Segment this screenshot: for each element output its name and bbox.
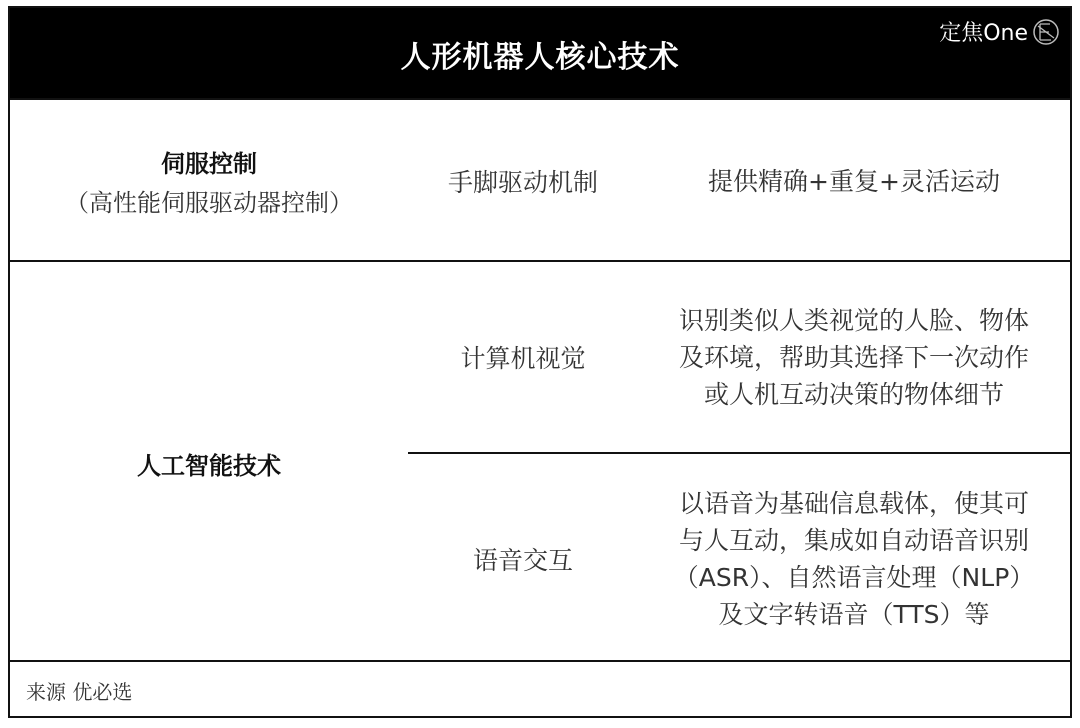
category-label: 伺服控制 <box>161 144 257 179</box>
category-label: 人工智能技术 <box>10 262 408 664</box>
row-ai: 人工智能技术 计算机视觉 识别类似人类视觉的人脸、物体 及环境，帮助其选择下一次… <box>10 260 1070 664</box>
desc-line: （ASR）、自然语言处理（NLP） <box>674 559 1035 596</box>
desc-line: 与人互动，集成如自动语音识别 <box>679 522 1029 559</box>
desc-cell: 识别类似人类视觉的人脸、物体 及环境，帮助其选择下一次动作 或人机互动决策的物体… <box>638 262 1070 452</box>
circle-monogram-icon <box>1032 18 1060 46</box>
table-header: 人形机器人核心技术 定焦One <box>10 8 1070 98</box>
tech-cell: 手脚驱动机制 <box>408 100 638 262</box>
tech-cell: 计算机视觉 <box>408 262 638 452</box>
category-cell: 伺服控制 （高性能伺服驱动器控制） <box>10 100 408 262</box>
brand-logo: 定焦One <box>939 16 1060 47</box>
category-sublabel: （高性能伺服驱动器控制） <box>65 183 353 218</box>
desc-line: 识别类似人类视觉的人脸、物体 <box>679 302 1029 339</box>
row-servo: 伺服控制 （高性能伺服驱动器控制） 手脚驱动机制 提供精确+重复+灵活运动 <box>10 98 1070 262</box>
page-title: 人形机器人核心技术 <box>10 32 1070 76</box>
brand-name: 定焦One <box>939 16 1028 47</box>
desc-line: 提供精确+重复+灵活运动 <box>708 163 1000 200</box>
desc-cell: 提供精确+重复+灵活运动 <box>638 100 1070 262</box>
desc-cell: 以语音为基础信息载体，使其可 与人互动，集成如自动语音识别 （ASR）、自然语言… <box>638 454 1070 664</box>
desc-line: 以语音为基础信息载体，使其可 <box>679 485 1029 522</box>
table-footer: 来源 优必选 <box>10 660 1070 716</box>
desc-line: 及文字转语音（TTS）等 <box>719 596 990 633</box>
desc-line: 及环境，帮助其选择下一次动作 <box>679 339 1029 376</box>
desc-line: 或人机互动决策的物体细节 <box>704 376 1004 413</box>
tech-cell: 语音交互 <box>408 454 638 664</box>
table-frame: 人形机器人核心技术 定焦One 伺服控制 （高性能伺服驱动器控制） 手脚驱动机制… <box>8 6 1072 718</box>
source-note: 来源 优必选 <box>26 676 132 705</box>
